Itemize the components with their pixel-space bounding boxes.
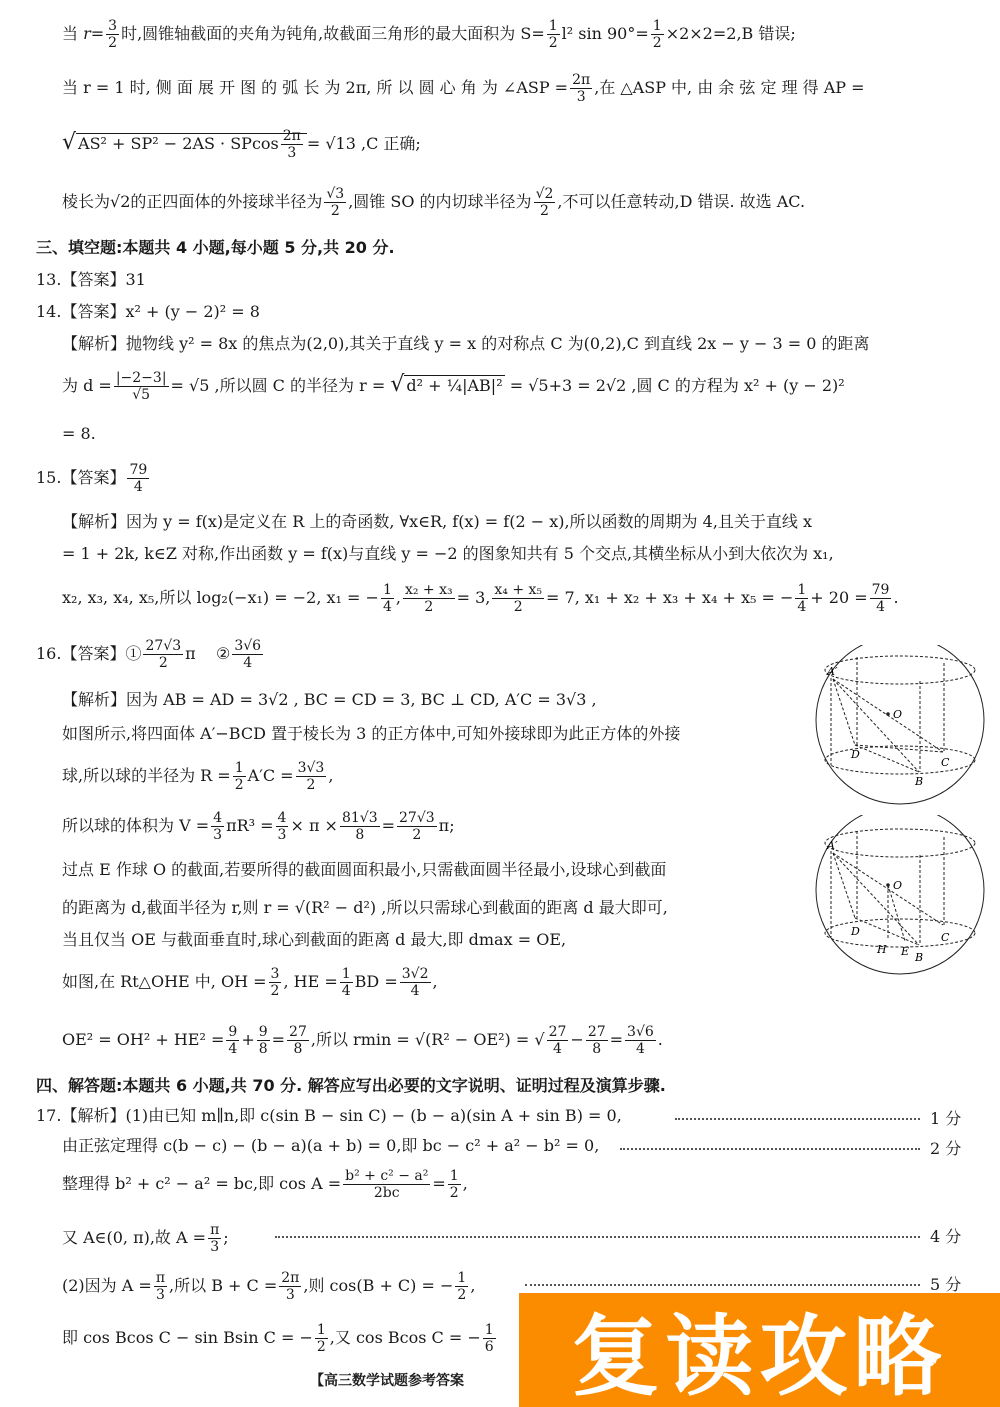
- q16-answer: 16.【答案】①27√32π ②3√64: [36, 638, 265, 671]
- fraction: √22: [534, 186, 556, 219]
- q17-line-4: 又 A∈(0, π),故 A =π3;: [62, 1222, 229, 1255]
- q13-answer: 13.【答案】31: [36, 270, 146, 289]
- text: ,在 △ASP 中, 由 余 弦 定 理 得 AP =: [594, 78, 864, 97]
- svg-text:O: O: [893, 708, 902, 721]
- q16-analysis-4: 所以球的体积为 V =43πR³ =43× π ×81√38=27√32π;: [62, 810, 455, 843]
- q17-line-3: 整理得 b² + c² − a² = bc,即 cos A =b² + c² −…: [62, 1168, 468, 1201]
- q16-analysis-1: 【解析】因为 AB = AD = 3√2 , BC = CD = 3, BC ⊥…: [62, 690, 597, 709]
- q16-analysis-2: 如图所示,将四面体 A′−BCD 置于棱长为 3 的正方体中,可知外接球即为此正…: [62, 724, 680, 743]
- text: 时,圆锥轴截面的夹角为钝角,故截面三角形的最大面积为 S=: [121, 24, 545, 43]
- svg-text:O: O: [893, 879, 902, 892]
- q17-line-5: (2)因为 A =π3,所以 B + C =2π3,则 cos(B + C) =…: [62, 1270, 475, 1303]
- q16-analysis-7: 当且仅当 OE 与截面垂直时,球心到截面的距离 d 最大,即 dmax = OE…: [62, 930, 566, 949]
- dotted-leader: [675, 1118, 920, 1120]
- q16-analysis-6: 的距离为 d,截面半径为 r,则 r = √(R² − d²) ,所以只需球心到…: [62, 898, 668, 917]
- section-heading-fill-blank: 三、填空题:本题共 4 小题,每小题 5 分,共 20 分.: [36, 238, 395, 257]
- svg-text:D: D: [850, 748, 860, 761]
- svg-text:C: C: [941, 931, 950, 944]
- q15-analysis-3: x₂, x₃, x₄, x₅,所以 log₂(−x₁) = −2, x₁ = −…: [62, 582, 899, 615]
- svg-text:A′: A′: [826, 839, 838, 852]
- watermark-banner: 复读攻略: [519, 1293, 1000, 1407]
- svg-text:B: B: [914, 951, 923, 964]
- q17-line-2: 由正弦定理得 c(b − c) − (b − a)(a + b) = 0,即 b…: [62, 1136, 599, 1155]
- q14-answer: 14.【答案】x² + (y − 2)² = 8: [36, 302, 260, 321]
- dotted-leader: [620, 1148, 920, 1150]
- score-4: 4 分: [930, 1224, 961, 1247]
- q14-analysis-1: 【解析】抛物线 y² = 8x 的焦点为(2,0),其关于直线 y = x 的对…: [62, 334, 870, 353]
- line-tetrahedron: 棱长为√2的正四面体的外接球半径为√32,圆锥 SO 的内切球半径为√22,不可…: [62, 186, 805, 219]
- text: ,不可以任意转动,D 错误. 故选 AC.: [557, 192, 805, 211]
- svg-text:A′: A′: [826, 665, 838, 678]
- fraction: √32: [324, 186, 346, 219]
- text: 当: [62, 24, 78, 43]
- dotted-leader: [525, 1284, 920, 1286]
- line-arc-length: 当 r = 1 时, 侧 面 展 开 图 的 弧 长 为 2π, 所 以 圆 心…: [62, 72, 865, 105]
- text: 当 r = 1 时, 侧 面 展 开 图 的 弧 长 为 2π, 所 以 圆 心…: [62, 78, 568, 97]
- svg-text:E: E: [900, 945, 909, 958]
- q14-analysis-3: = 8.: [62, 424, 96, 443]
- q17-line-1: 17.【解析】(1)由已知 m∥n,即 c(sin B − sin C) − (…: [36, 1106, 622, 1125]
- fraction: 2π3: [570, 72, 592, 105]
- q14-analysis-2: 为 d =|−2−3|√5= √5 ,所以圆 C 的半径为 r = √d² + …: [62, 370, 845, 403]
- q16-analysis-5: 过点 E 作球 O 的截面,若要所得的截面圆面积最小,只需截面圆半径最小,设球心…: [62, 860, 666, 879]
- radical: d² + ¼|AB|²: [404, 375, 504, 395]
- text: ×2×2=2,B 错误;: [666, 24, 796, 43]
- radical: AS² + SP² − 2AS · SPcos2π3: [76, 133, 307, 153]
- line-cone-area: 当 r=32时,圆锥轴截面的夹角为钝角,故截面三角形的最大面积为 S=12l² …: [62, 18, 796, 51]
- svg-text:D: D: [850, 925, 860, 938]
- q16-analysis-9: OE² = OH² + HE² =94+98=278,所以 rmin = √(R…: [62, 1024, 663, 1057]
- text: 棱长为√2的正四面体的外接球半径为: [62, 192, 322, 211]
- text: = √13 ,C 正确;: [307, 134, 421, 153]
- q15-answer: 15.【答案】794: [36, 462, 151, 495]
- dotted-leader: [275, 1236, 920, 1238]
- svg-text:H: H: [876, 943, 887, 956]
- fraction: 32: [106, 18, 119, 51]
- sphere-cube-figure-1: A′ O D C B: [803, 645, 998, 805]
- text: ,圆锥 SO 的内切球半径为: [348, 192, 531, 211]
- page-footer: 【高三数学试题参考答案: [310, 1370, 464, 1390]
- fraction: 12: [547, 18, 560, 51]
- svg-text:C: C: [941, 756, 950, 769]
- q15-analysis-1: 【解析】因为 y = f(x)是定义在 R 上的奇函数, ∀x∈R, f(x) …: [62, 512, 812, 531]
- sphere-cube-figure-2: A′ O D H E C B: [803, 815, 998, 975]
- q16-analysis-8: 如图,在 Rt△OHE 中, OH =32, HE =14BD =3√24,: [62, 966, 438, 999]
- fraction: |−2−3|√5: [114, 370, 169, 403]
- fraction: 12: [651, 18, 664, 51]
- section-heading-solutions: 四、解答题:本题共 6 小题,共 70 分. 解答应写出必要的文字说明、证明过程…: [36, 1076, 666, 1095]
- fraction: 794: [127, 462, 149, 495]
- q17-line-6: 即 cos Bcos C − sin Bsin C = −12,又 cos Bc…: [62, 1322, 498, 1355]
- score-2: 2 分: [930, 1136, 961, 1159]
- line-cosine-law: √AS² + SP² − 2AS · SPcos2π3= √13 ,C 正确;: [62, 128, 421, 161]
- q15-analysis-2: = 1 + 2k, k∈Z 对称,作出函数 y = f(x)与直线 y = −2…: [62, 544, 834, 563]
- text: l² sin 90°=: [562, 24, 649, 43]
- q16-analysis-3: 球,所以球的半径为 R =12A′C =3√32,: [62, 760, 333, 793]
- score-1: 1 分: [930, 1106, 961, 1129]
- svg-text:B: B: [914, 775, 923, 788]
